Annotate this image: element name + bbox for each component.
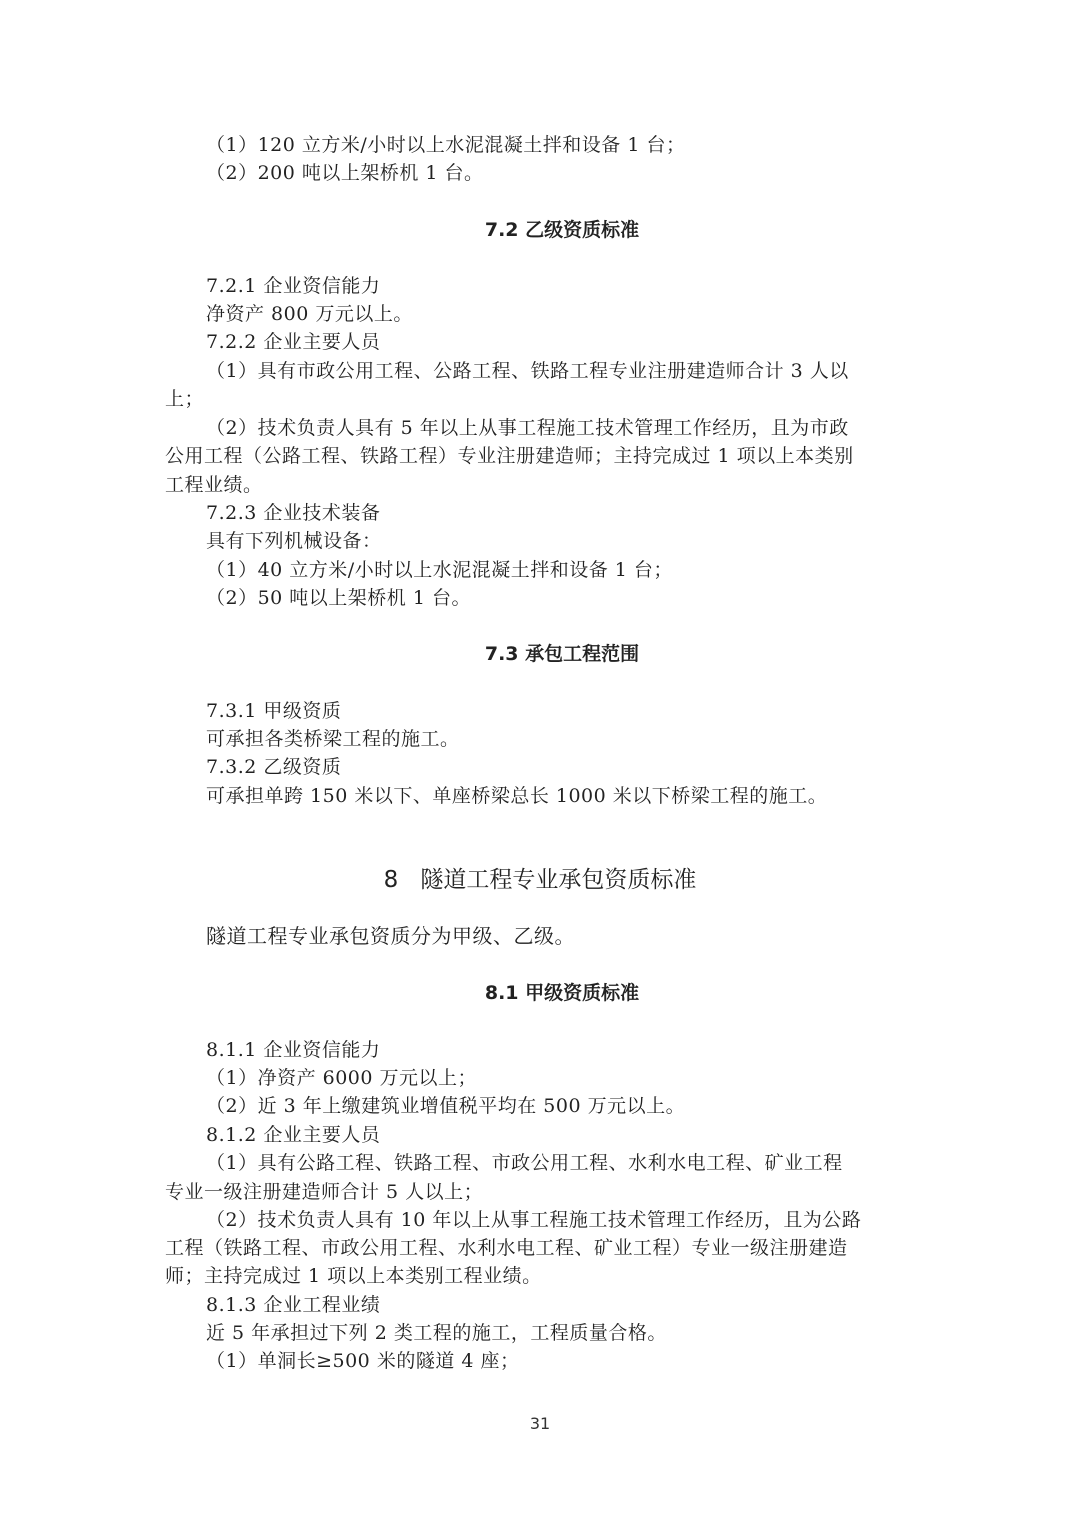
paragraph-line: （2）50 吨以上架桥机 1 台。 bbox=[206, 584, 961, 612]
paragraph-line: （1）具有公路工程、铁路工程、市政公用工程、水利水电工程、矿业工程 bbox=[206, 1149, 961, 1177]
chapter-number: 8 bbox=[384, 867, 399, 893]
subsection-heading: 7.2.1 企业资信能力 bbox=[206, 272, 961, 300]
paragraph-line: 公用工程（公路工程、铁路工程）专业注册建造师；主持完成过 1 项以上本类别 bbox=[165, 442, 920, 470]
paragraph-line: （1）单洞长≥500 米的隧道 4 座； bbox=[206, 1347, 961, 1375]
paragraph-line: （2）近 3 年上缴建筑业增值税平均在 500 万元以上。 bbox=[206, 1092, 961, 1120]
section-heading-7-2: 7.2 乙级资质标准 bbox=[0, 216, 1080, 244]
paragraph-line: （1）净资产 6000 万元以上； bbox=[206, 1064, 961, 1092]
paragraph-line: 上； bbox=[165, 385, 920, 413]
subsection-heading: 8.1.3 企业工程业绩 bbox=[206, 1291, 961, 1319]
subsection-heading: 8.1.1 企业资信能力 bbox=[206, 1036, 961, 1064]
paragraph-line: （1）具有市政公用工程、公路工程、铁路工程专业注册建造师合计 3 人以 bbox=[206, 357, 961, 385]
subsection-heading: 7.3.1 甲级资质 bbox=[206, 697, 961, 725]
paragraph-line: 工程（铁路工程、市政公用工程、水利水电工程、矿业工程）专业一级注册建造 bbox=[165, 1234, 920, 1262]
paragraph-line: 工程业绩。 bbox=[165, 471, 920, 499]
paragraph-line: 具有下列机械设备： bbox=[206, 527, 961, 555]
paragraph-line: （2）技术负责人具有 5 年以上从事工程施工技术管理工作经历，且为市政 bbox=[206, 414, 961, 442]
subsection-heading: 7.3.2 乙级资质 bbox=[206, 753, 961, 781]
paragraph-line: 近 5 年承担过下列 2 类工程的施工，工程质量合格。 bbox=[206, 1319, 961, 1347]
chapter-heading-8: 8隧道工程专业承包资质标准 bbox=[0, 864, 1080, 896]
paragraph-line: 可承担各类桥梁工程的施工。 bbox=[206, 725, 961, 753]
subsection-heading: 7.2.3 企业技术装备 bbox=[206, 499, 961, 527]
paragraph-line: （2）200 吨以上架桥机 1 台。 bbox=[206, 159, 961, 187]
section-heading-7-3: 7.3 承包工程范围 bbox=[0, 640, 1080, 668]
paragraph-line: 可承担单跨 150 米以下、单座桥梁总长 1000 米以下桥梁工程的施工。 bbox=[206, 782, 961, 810]
paragraph-line: 师；主持完成过 1 项以上本类别工程业绩。 bbox=[165, 1262, 920, 1290]
chapter-title: 隧道工程专业承包资质标准 bbox=[420, 867, 696, 893]
paragraph-line: 隧道工程专业承包资质分为甲级、乙级。 bbox=[206, 922, 961, 950]
page-number: 31 bbox=[0, 1414, 1080, 1433]
paragraph-line: （2）技术负责人具有 10 年以上从事工程施工技术管理工作经历，且为公路 bbox=[206, 1206, 961, 1234]
paragraph-line: （1）120 立方米/小时以上水泥混凝土拌和设备 1 台； bbox=[206, 131, 961, 159]
subsection-heading: 7.2.2 企业主要人员 bbox=[206, 328, 961, 356]
paragraph-line: （1）40 立方米/小时以上水泥混凝土拌和设备 1 台； bbox=[206, 556, 961, 584]
subsection-heading: 8.1.2 企业主要人员 bbox=[206, 1121, 961, 1149]
paragraph-line: 净资产 800 万元以上。 bbox=[206, 300, 961, 328]
paragraph-line: 专业一级注册建造师合计 5 人以上； bbox=[165, 1178, 920, 1206]
section-heading-8-1: 8.1 甲级资质标准 bbox=[0, 979, 1080, 1007]
